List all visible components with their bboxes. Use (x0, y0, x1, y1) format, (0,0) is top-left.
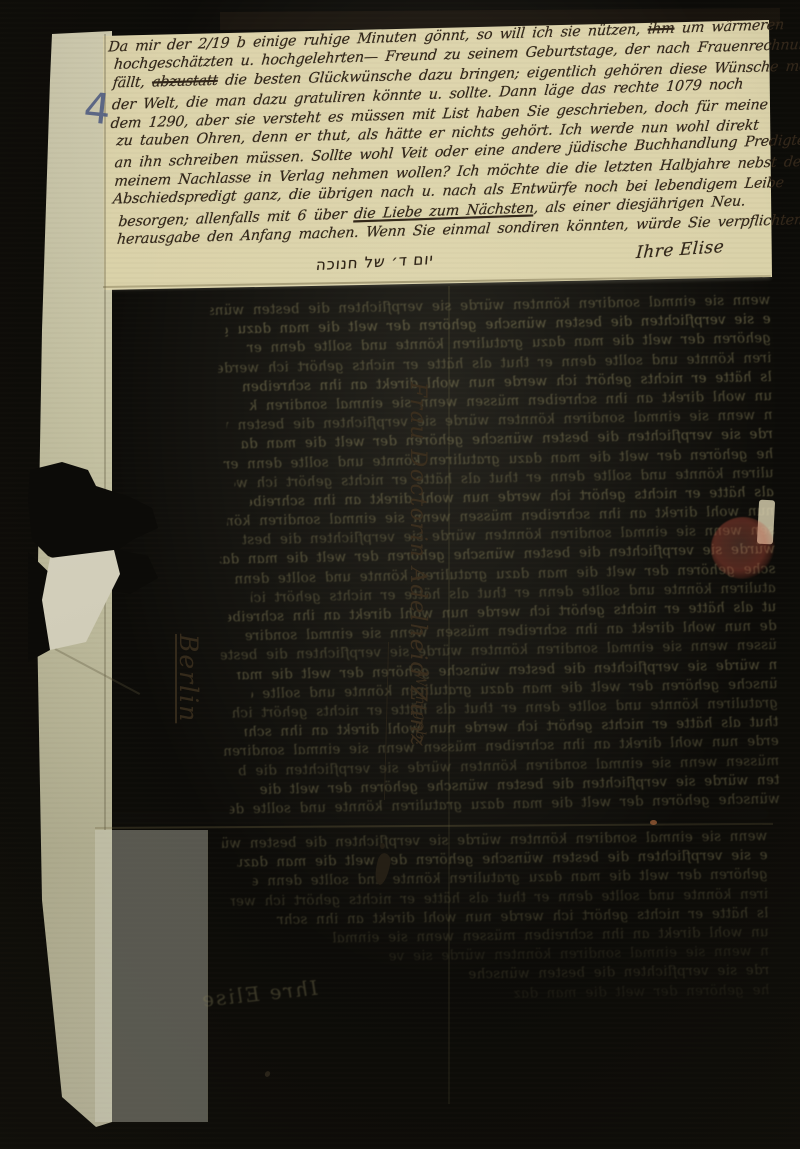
address-honorific: Wohlgeb. (412, 672, 428, 746)
letter-text-block: Da mir der 2/19 b einige ruhige Minuten … (108, 19, 786, 252)
address-city: Berlin (174, 634, 203, 723)
letter-scan: wenn sie einmal sondiren könnten würde s… (0, 0, 800, 1149)
ink-dot (380, 843, 385, 849)
bleed-through-text-upper: wenn sie einmal sondiren könnten würde s… (210, 292, 780, 821)
wax-seal-mark (711, 517, 775, 579)
strikethrough-text: abzustatt (151, 73, 218, 91)
bottom-fold-column (95, 830, 208, 1122)
blue-foliation-number: 4 (82, 83, 114, 135)
strikethrough-text: ihm (647, 21, 675, 38)
left-fold-edge (104, 34, 106, 830)
letter-text: fällt, (112, 74, 153, 91)
letter-text: um wärmeren (674, 17, 785, 37)
rust-speck (650, 820, 657, 825)
